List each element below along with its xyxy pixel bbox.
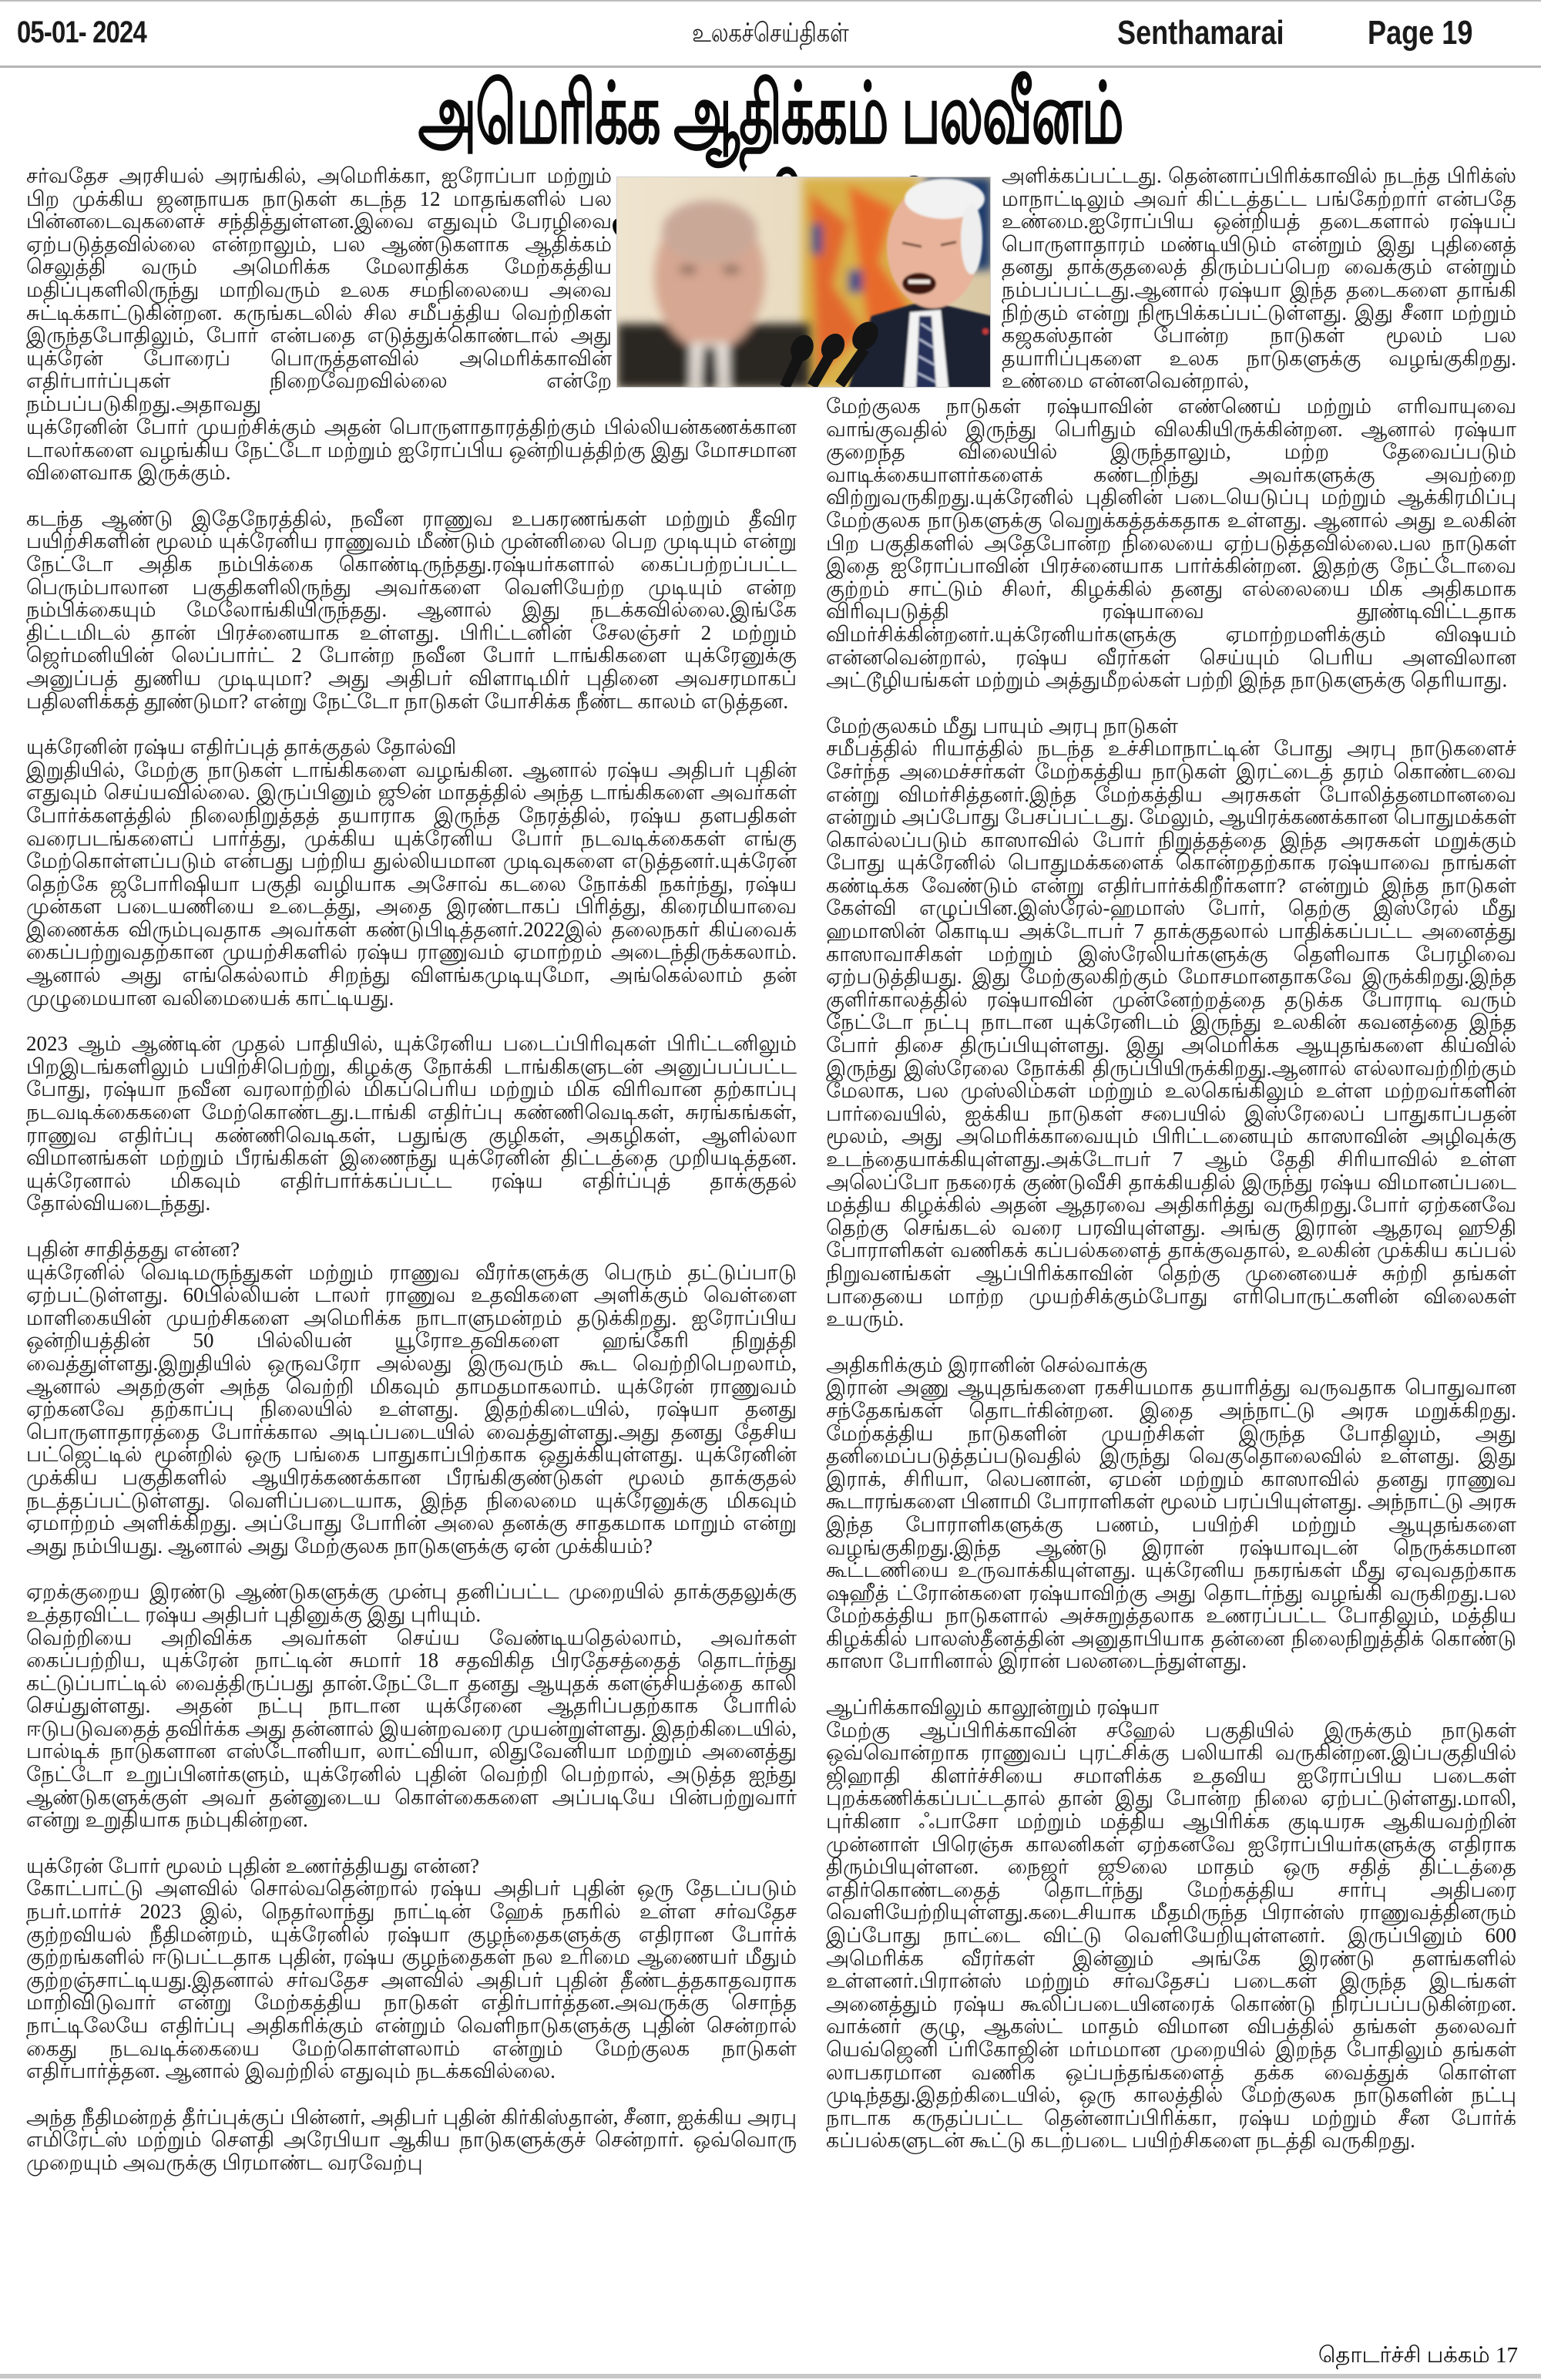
left-paragraph: யுக்ரேனில் வெடிமருந்துகள் மற்றும் ராணுவ … (26, 1262, 797, 1558)
continued-on-page-link[interactable]: தொடர்ச்சி பக்கம் 17 (1233, 2343, 1518, 2371)
right-paragraph: மேற்குலக நாடுகள் ரஷ்யாவின் எண்ணெய் மற்று… (826, 395, 1516, 692)
right-paragraph: இரான் அணு ஆயுதங்களை ரகசியமாக தயாரித்து வ… (826, 1377, 1516, 1673)
left-paragraph: 2023 ஆம் ஆண்டின் முதல் பாதியில், யுக்ரேன… (26, 1033, 797, 1215)
left-column: யுக்ரேனின் போர் முயற்சிக்கும் அதன் பொருள… (26, 416, 797, 2175)
intro-paragraph: சர்வதேச அரசியல் அரங்கில், அமெரிக்கா, ஐரோ… (26, 165, 612, 416)
subheading: மேற்குலகம் மீது பாயும் அரபு நாடுகள் (826, 715, 1516, 738)
newspaper-name: Senthamarai (1117, 14, 1284, 52)
subheading: யுக்ரேன் போர் மூலம் புதின் உணர்த்தியது எ… (26, 1855, 797, 1878)
article-headline: அமெரிக்க ஆதிக்கம் பலவீனம் அடைகிறதா? (293, 68, 1248, 160)
right-paragraph: மேற்கு ஆப்பிரிக்காவின் சஹேல் பகுதியில் இ… (826, 1719, 1516, 2153)
page-number: Page 19 (1368, 14, 1472, 52)
subheading: புதின் சாதித்தது என்ன? (26, 1239, 797, 1262)
left-paragraph: கோட்பாட்டு அளவில் சொல்வதென்றால் ரஷ்ய அதி… (26, 1877, 797, 2082)
left-paragraph: கடந்த ஆண்டு இதேநேரத்தில், நவீன ராணுவ உபக… (26, 508, 797, 713)
left-paragraph: ஏறக்குறைய இரண்டு ஆண்டுகளுக்கு முன்பு தனி… (26, 1581, 797, 1626)
page-masthead: 05-01- 2024 உலகச்செய்திகள் Senthamarai P… (0, 0, 1541, 68)
subheading: அதிகரிக்கும் இரானின் செல்வாக்கு (826, 1354, 1516, 1377)
left-paragraph: இறுதியில், மேற்கு நாடுகள் டாங்கிகளை வழங்… (26, 759, 797, 1010)
left-paragraph: வெற்றியை அறிவிக்க அவர்கள் செய்ய வேண்டியத… (26, 1627, 797, 1832)
left-column-intro: சர்வதேச அரசியல் அரங்கில், அமெரிக்கா, ஐரோ… (26, 165, 612, 416)
left-paragraph: அந்த நீதிமன்றத் தீர்ப்புக்குப் பின்னர், … (26, 2106, 797, 2175)
right-paragraph: சமீபத்தில் ரியாத்தில் நடந்த உச்சிமாநாட்ட… (826, 738, 1516, 1330)
bottom-divider (0, 2374, 1541, 2378)
intro-paragraph-cont: யுக்ரேனின் போர் முயற்சிக்கும் அதன் பொருள… (26, 416, 797, 485)
issue-date: 05-01- 2024 (17, 15, 146, 50)
subheading: ஆப்ரிக்காவிலும் காலூன்றும் ரஷ்யா (826, 1696, 1516, 1719)
right-column: மேற்குலக நாடுகள் ரஷ்யாவின் எண்ணெய் மற்று… (826, 395, 1516, 2153)
right-top-paragraph: அளிக்கப்பட்டது. தென்னாப்பிரிக்காவில் நடந… (1002, 165, 1516, 393)
right-column-top: அளிக்கப்பட்டது. தென்னாப்பிரிக்காவில் நடந… (1002, 165, 1516, 393)
putin-biden-photo-icon (617, 177, 991, 388)
article-photo (616, 176, 991, 388)
subheading: யுக்ரேனின் ரஷ்ய எதிர்ப்புத் தாக்குதல் தோ… (26, 736, 797, 759)
